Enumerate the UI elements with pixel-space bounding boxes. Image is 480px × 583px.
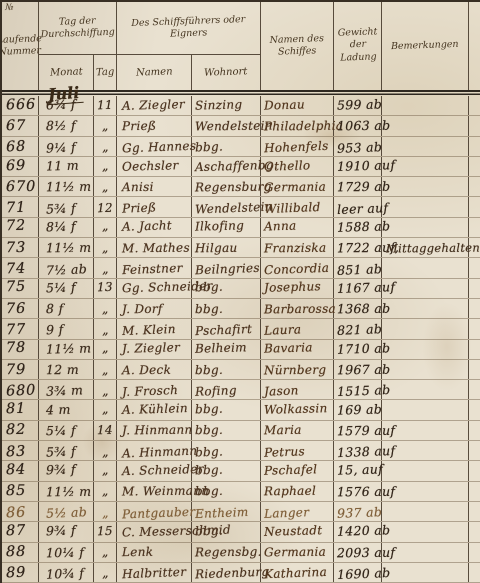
table-row: 7311½ m„M. MathesHilgauFranziska1722 auf… [2, 238, 480, 258]
row-number: 86 [2, 502, 39, 521]
cargo-weight: 953 ab [334, 137, 382, 156]
passage-day: „ [94, 461, 117, 480]
row-number: 82 [2, 421, 39, 440]
cargo-weight: 169 ab [334, 400, 382, 419]
captain-name: A. Schneider [117, 461, 192, 480]
cargo-weight: 821 ab [334, 319, 382, 338]
header-day: Tag [94, 54, 117, 90]
ship-name: Laura [261, 319, 334, 338]
captain-name: A. Hinmann [117, 441, 192, 460]
passage-time: 11½ m [39, 238, 94, 257]
table-row: 7811½ m„J. ZieglerBelheimBavaria1710 ab [2, 340, 480, 360]
row-number: 84 [2, 461, 39, 480]
passage-time: 9¼ f [39, 137, 94, 156]
passage-time: 3¾ m [39, 380, 94, 399]
captain-name: A. Kühlein [117, 400, 192, 419]
ship-name: Petrus [261, 441, 334, 460]
residence: Pschafirt [192, 319, 261, 338]
row-number: 88 [2, 543, 39, 562]
row-number: 78 [2, 340, 39, 359]
residence: bbg. [192, 279, 261, 298]
table-row: 879¾ f15C. Messerschmidbbg.Neustadt1420 … [2, 522, 480, 542]
passage-time: 9 f [39, 319, 94, 338]
passage-day: „ [94, 177, 117, 196]
residence: bbg. [192, 441, 261, 460]
table-row: 865½ ab„PantgauberEntheimLanger937 ab [2, 502, 480, 522]
remark [382, 319, 468, 338]
margin-strip [468, 502, 480, 521]
cargo-weight: 1576 auf [334, 482, 382, 501]
passage-day: „ [94, 360, 117, 379]
header-cargo-weight: Gewicht der Ladung [334, 2, 382, 90]
residence: Entheim [192, 502, 261, 521]
captain-name: A. Deck [117, 360, 192, 379]
passage-day: „ [94, 502, 117, 521]
passage-time: 4 m [39, 400, 94, 419]
ship-name: Franziska [261, 238, 334, 257]
row-number: 75 [2, 279, 39, 298]
table-row: 779 f„M. KleinPschafirtLaura821 ab [2, 319, 480, 339]
table-body: 6666¾ f11A. ZieglerSinzingDonau599 ab678… [2, 96, 480, 583]
table-row: 825¼ f14J. Hinmannbbg.Maria1579 auf [2, 421, 480, 441]
header-shipmaster-name: Namen [117, 54, 192, 90]
remark [382, 96, 468, 115]
passage-day: „ [94, 258, 117, 277]
residence: bbg. [192, 360, 261, 379]
header-shipmaster-title: Des Schiffsführers oder Eigners [117, 13, 261, 43]
remark [382, 360, 468, 379]
header-running-number: № Laufende Nummer [2, 2, 39, 90]
passage-time: 5¼ f [39, 421, 94, 440]
passage-day: „ [94, 319, 117, 338]
passage-day: 14 [94, 421, 117, 440]
margin-strip [468, 360, 480, 379]
row-number: 81 [2, 400, 39, 419]
table-header: № Laufende Nummer Tag der Durchschiffung… [2, 2, 480, 90]
table-row: 814 m„A. Kühleinbbg.Wolkassin169 ab [2, 400, 480, 420]
row-number: 74 [2, 258, 39, 277]
passage-time: 10¾ f [39, 563, 94, 582]
month-entry: Juli [45, 83, 84, 106]
residence: bbg. [192, 421, 261, 440]
passage-day: 11 [94, 96, 117, 115]
row-number: 67 [2, 116, 39, 135]
passage-time: 9¾ f [39, 461, 94, 480]
cargo-weight: 1579 auf [334, 421, 382, 440]
cargo-weight: 937 ab [334, 502, 382, 521]
remark [382, 116, 468, 135]
row-number: 71 [2, 197, 39, 216]
margin-strip [468, 380, 480, 399]
ship-name: Langer [261, 502, 334, 521]
margin-strip [468, 563, 480, 582]
row-number: 670 [2, 177, 39, 196]
captain-name: C. Messerschmid [117, 522, 192, 541]
cargo-weight: 1588 ab [334, 218, 382, 237]
cargo-weight: 15, auf [334, 461, 382, 480]
cargo-weight: 1420 ab [334, 522, 382, 541]
table-row: 8810¼ f„LenkRegensbg.Germania2093 auf [2, 543, 480, 563]
margin-strip [468, 258, 480, 277]
cargo-weight: 599 ab [334, 96, 382, 115]
header-shipmaster-group: Des Schiffsführers oder Eigners [117, 2, 261, 54]
header-passage-day-group: Tag der Durchschiffung [39, 2, 117, 54]
margin-strip [468, 137, 480, 156]
remark [382, 563, 468, 582]
ship-name: Katharina [261, 563, 334, 582]
cargo-weight: 1690 ab [334, 563, 382, 582]
passage-time: 5¼ f [39, 279, 94, 298]
table-row: 768 f„J. Dorfbbg.Barbarossa1368 ab [2, 299, 480, 319]
cargo-weight: leer auf [334, 197, 382, 216]
passage-day: „ [94, 137, 117, 156]
cargo-weight: 1338 auf [334, 441, 382, 460]
margin-strip [468, 197, 480, 216]
residence: bbg. [192, 461, 261, 480]
margin-strip [468, 522, 480, 541]
margin-strip [468, 543, 480, 562]
table-row: 8910¾ f„HalbritterRiedenburgKatharina169… [2, 563, 480, 583]
ship-name: Maria [261, 421, 334, 440]
passage-time: 8 f [39, 299, 94, 318]
remark [382, 380, 468, 399]
cargo-weight: 1167 auf [334, 279, 382, 298]
ship-name: Barbarossa [261, 299, 334, 318]
remark [382, 197, 468, 216]
ship-name: Nürnberg [261, 360, 334, 379]
header-number-line2: Nummer [0, 45, 43, 59]
passage-day: 13 [94, 279, 117, 298]
row-number: 85 [2, 482, 39, 501]
remark [382, 340, 468, 359]
header-residence: Wohnort [192, 54, 261, 90]
passage-day: „ [94, 543, 117, 562]
residence: bbg. [192, 482, 261, 501]
row-number: 83 [2, 441, 39, 460]
passage-day: „ [94, 116, 117, 135]
passage-day: „ [94, 157, 117, 176]
passage-time: 5¾ f [39, 197, 94, 216]
margin-strip [468, 421, 480, 440]
residence: Riedenburg [192, 563, 261, 582]
captain-name: Gg. Hannes [117, 137, 192, 156]
table-row: 7912 m„A. Deckbbg.Nürnberg1967 ab [2, 360, 480, 380]
row-number: 680 [2, 380, 39, 399]
ship-name: Germania [261, 177, 334, 196]
row-number: 87 [2, 522, 39, 541]
cargo-weight: 2093 auf [334, 543, 382, 562]
margin-strip [468, 218, 480, 237]
ship-name: Philadelphia [261, 116, 334, 135]
ship-name: Germania [261, 543, 334, 562]
residence: Wendelstein [192, 197, 261, 216]
header-ship-name: Namen des Schiffes [261, 2, 334, 90]
passage-time: 8¼ f [39, 218, 94, 237]
row-number: 73 [2, 238, 39, 257]
passage-day: 15 [94, 522, 117, 541]
residence: bbg. [192, 400, 261, 419]
residence: Sinzing [192, 96, 261, 115]
table-row: 755¼ f13Gg. Schneiderbbg.Josephus1167 au… [2, 279, 480, 299]
residence: bbg. [192, 299, 261, 318]
passage-time: 5½ ab [39, 502, 94, 521]
residence: Aschaffenbg. [192, 157, 261, 176]
margin-strip [468, 157, 480, 176]
cargo-weight: 1063 ab [334, 116, 382, 135]
remark [382, 299, 468, 318]
cargo-weight: 1967 ab [334, 360, 382, 379]
residence: bbg. [192, 137, 261, 156]
passage-time: 10¼ f [39, 543, 94, 562]
passage-time: 8½ f [39, 116, 94, 135]
table-row: 8511½ m„M. Weinmannbbg.Raphael1576 auf [2, 482, 480, 502]
remark [382, 461, 468, 480]
captain-name: Oechsler [117, 157, 192, 176]
row-number: 89 [2, 563, 39, 582]
remark [382, 218, 468, 237]
margin-strip [468, 96, 480, 115]
passage-day: „ [94, 340, 117, 359]
captain-name: J. Hinmann [117, 421, 192, 440]
header-remarks: Bemerkungen [382, 2, 468, 90]
residence: Regensburg [192, 177, 261, 196]
captain-name: Pantgauber [117, 502, 192, 521]
row-number: 68 [2, 137, 39, 156]
cargo-weight: 1710 ab [334, 340, 382, 359]
captain-name: A. Ziegler [117, 96, 192, 115]
captain-name: Feinstner [117, 258, 192, 277]
captain-name: M. Klein [117, 319, 192, 338]
margin-strip [468, 2, 480, 90]
row-number: 76 [2, 299, 39, 318]
margin-strip [468, 482, 480, 501]
ship-name: Bavaria [261, 340, 334, 359]
passage-day: „ [94, 563, 117, 582]
ship-name: Neustadt [261, 522, 334, 541]
captain-name: Prieß [117, 116, 192, 135]
row-number: 72 [2, 218, 39, 237]
residence: Beilngries [192, 258, 261, 277]
cargo-weight: 1729 ab [334, 177, 382, 196]
ship-name: Josephus [261, 279, 334, 298]
passage-time: 7½ ab [39, 258, 94, 277]
table-row: 728¼ f„A. JachtIlkofingAnna1588 ab [2, 218, 480, 238]
corner-mark: № [5, 3, 14, 15]
table-row: 689¼ f„Gg. Hannesbbg.Hohenfels953 ab [2, 137, 480, 157]
passage-time: 11½ m [39, 340, 94, 359]
table-row: 678½ f„PrießWendelsteinPhiladelphia1063 … [2, 116, 480, 136]
row-number: 69 [2, 157, 39, 176]
remark [382, 177, 468, 196]
cargo-weight: 1368 ab [334, 299, 382, 318]
captain-name: Halbritter [117, 563, 192, 582]
margin-strip [468, 400, 480, 419]
passage-day: „ [94, 299, 117, 318]
captain-name: Lenk [117, 543, 192, 562]
margin-strip [468, 441, 480, 460]
passage-day: „ [94, 238, 117, 257]
ship-name: Raphael [261, 482, 334, 501]
ship-name: Hohenfels [261, 137, 334, 156]
passage-day: „ [94, 218, 117, 237]
table-row: 835¾ f„A. Hinmannbbg.Petrus1338 auf [2, 441, 480, 461]
captain-name: J. Ziegler [117, 340, 192, 359]
passage-time: 11½ m [39, 177, 94, 196]
row-number: 666 [2, 96, 39, 115]
ship-name: Anna [261, 218, 334, 237]
cargo-weight: 1910 auf [334, 157, 382, 176]
residence: Belheim [192, 340, 261, 359]
captain-name: A. Jacht [117, 218, 192, 237]
ship-name: Concordia [261, 258, 334, 277]
residence: Wendelstein [192, 116, 261, 135]
remark [382, 400, 468, 419]
remark [382, 258, 468, 277]
table-row: 6911 m„OechslerAschaffenbg.Othello1910 a… [2, 157, 480, 177]
remark [382, 522, 468, 541]
ship-name: Donau [261, 96, 334, 115]
ship-name: Othello [261, 157, 334, 176]
margin-strip [468, 299, 480, 318]
cargo-weight: 1722 auf, [334, 238, 382, 257]
captain-name: M. Mathes [117, 238, 192, 257]
passage-time: 11 m [39, 157, 94, 176]
table-row: 715¾ f12PrießWendelsteinWillibaldleer au… [2, 197, 480, 217]
cargo-weight: 851 ab [334, 258, 382, 277]
margin-strip [468, 116, 480, 135]
header-passage-title: Tag der Durchschiffung [39, 14, 117, 41]
captain-name: Gg. Schneider [117, 279, 192, 298]
captain-name: M. Weinmann [117, 482, 192, 501]
header-number-line1: Laufende [0, 33, 43, 47]
table-row: 6803¾ m„J. FroschRofingJason1515 ab [2, 380, 480, 400]
passage-day: 12 [94, 197, 117, 216]
remark [382, 137, 468, 156]
captain-name: Anisi [117, 177, 192, 196]
captain-name: J. Frosch [117, 380, 192, 399]
margin-strip [468, 279, 480, 298]
passage-time: 11½ m [39, 482, 94, 501]
table-row: 67011½ m„AnisiRegensburgGermania1729 ab [2, 177, 480, 197]
margin-strip [468, 319, 480, 338]
passage-day: „ [94, 400, 117, 419]
passage-day: „ [94, 380, 117, 399]
residence: Rofing [192, 380, 261, 399]
residence: Regensbg. [192, 543, 261, 562]
row-number: 77 [2, 319, 39, 338]
margin-strip [468, 461, 480, 480]
margin-strip [468, 177, 480, 196]
row-number: 79 [2, 360, 39, 379]
passage-time: 9¾ f [39, 522, 94, 541]
passage-time: 5¾ f [39, 441, 94, 460]
ship-name: Wolkassin [261, 400, 334, 419]
remark [382, 502, 468, 521]
table-row: 849¾ f„A. Schneiderbbg.Pschafel15, auf [2, 461, 480, 481]
residence: Ilkofing [192, 218, 261, 237]
residence: Hilgau [192, 238, 261, 257]
margin-strip [468, 340, 480, 359]
table-row: 747½ ab„FeinstnerBeilngriesConcordia851 … [2, 258, 480, 278]
captain-name: Prieß [117, 197, 192, 216]
passage-time: 12 m [39, 360, 94, 379]
ship-name: Pschafel [261, 461, 334, 480]
remark: Mittaggehalten [382, 238, 468, 257]
passage-day: „ [94, 482, 117, 501]
captain-name: J. Dorf [117, 299, 192, 318]
ledger-page: № Laufende Nummer Tag der Durchschiffung… [0, 0, 480, 583]
ship-name: Jason [261, 380, 334, 399]
passage-day: „ [94, 441, 117, 460]
cargo-weight: 1515 ab [334, 380, 382, 399]
